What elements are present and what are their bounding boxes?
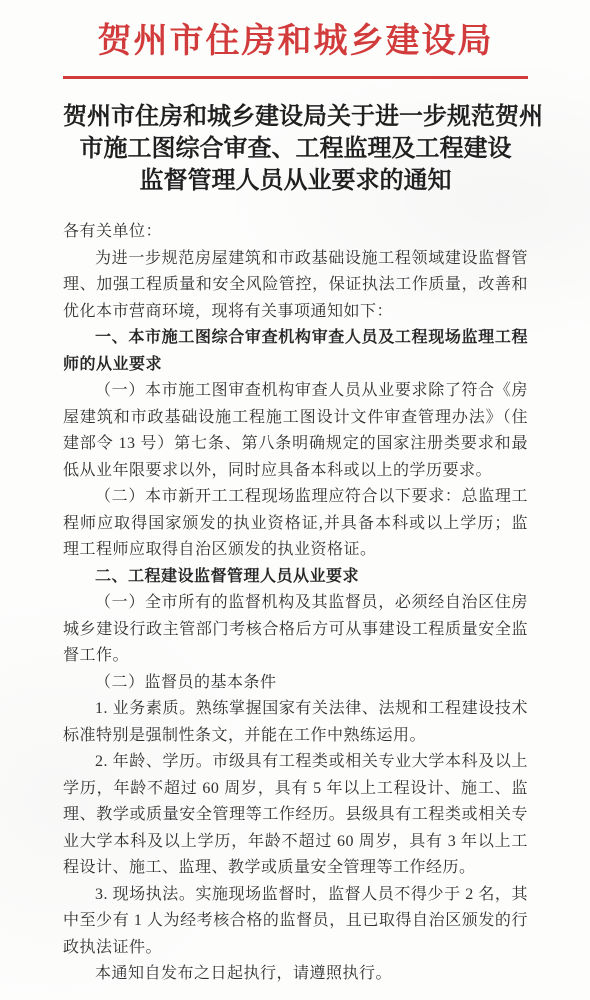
section-2-item-2-basic-conditions: （二）监督员的基本条件	[63, 670, 528, 697]
document-title: 贺州市住房和城乡建设局关于进一步规范贺州 市施工图综合审查、工程监理及工程建设 …	[63, 101, 528, 197]
closing-paragraph: 本通知自发布之日起执行，请遵照执行。	[63, 961, 528, 988]
section-1-heading: 一、本市施工图综合审查机构审查人员及工程现场监理工程师的从业要求	[63, 325, 528, 378]
letterhead: 贺州市住房和城乡建设局	[63, 0, 528, 79]
document-page: 贺州市住房和城乡建设局 贺州市住房和城乡建设局关于进一步规范贺州 市施工图综合审…	[0, 0, 590, 1000]
clause-1-professional-quality: 1. 业务素质。熟练掌握国家有关法律、法规和工程建设技术标准特别是强制性条文，并…	[63, 696, 528, 749]
document-title-line-3: 监督管理人员从业要求的通知	[63, 165, 528, 197]
section-2-heading: 二、工程建设监督管理人员从业要求	[63, 564, 528, 591]
section-1-item-2: （二）本市新开工工程现场监理应符合以下要求：总监理工程师应取得国家颁发的执业资格…	[63, 484, 528, 564]
document-body: 各有关单位： 为进一步规范房屋建筑和市政基础设施工程领域建设监督管理、加强工程质…	[63, 219, 528, 988]
document-title-line-2: 市施工图综合审查、工程监理及工程建设	[63, 133, 528, 165]
document-title-line-1: 贺州市住房和城乡建设局关于进一步规范贺州	[63, 101, 528, 133]
intro-paragraph: 为进一步规范房屋建筑和市政基础设施工程领域建设监督管理、加强工程质量和安全风险管…	[63, 246, 528, 326]
letterhead-agency-name: 贺州市住房和城乡建设局	[63, 20, 528, 64]
clause-3-onsite-enforcement: 3. 现场执法。实施现场监督时，监督人员不得少于 2 名，其中至少有 1 人为经…	[63, 882, 528, 962]
section-1-item-1: （一）本市施工图审查机构审查人员从业要求除了符合《房屋建筑和市政基础设施工程施工…	[63, 378, 528, 484]
clause-2-age-education: 2. 年龄、学历。市级具有工程类或相关专业大学本科及以上学历，年龄不超过 60 …	[63, 749, 528, 882]
salutation: 各有关单位：	[63, 219, 528, 246]
letterhead-divider-rule	[63, 76, 528, 79]
section-2-item-1: （一）全市所有的监督机构及其监督员，必须经自治区住房城乡建设行政主管部门考核合格…	[63, 590, 528, 670]
